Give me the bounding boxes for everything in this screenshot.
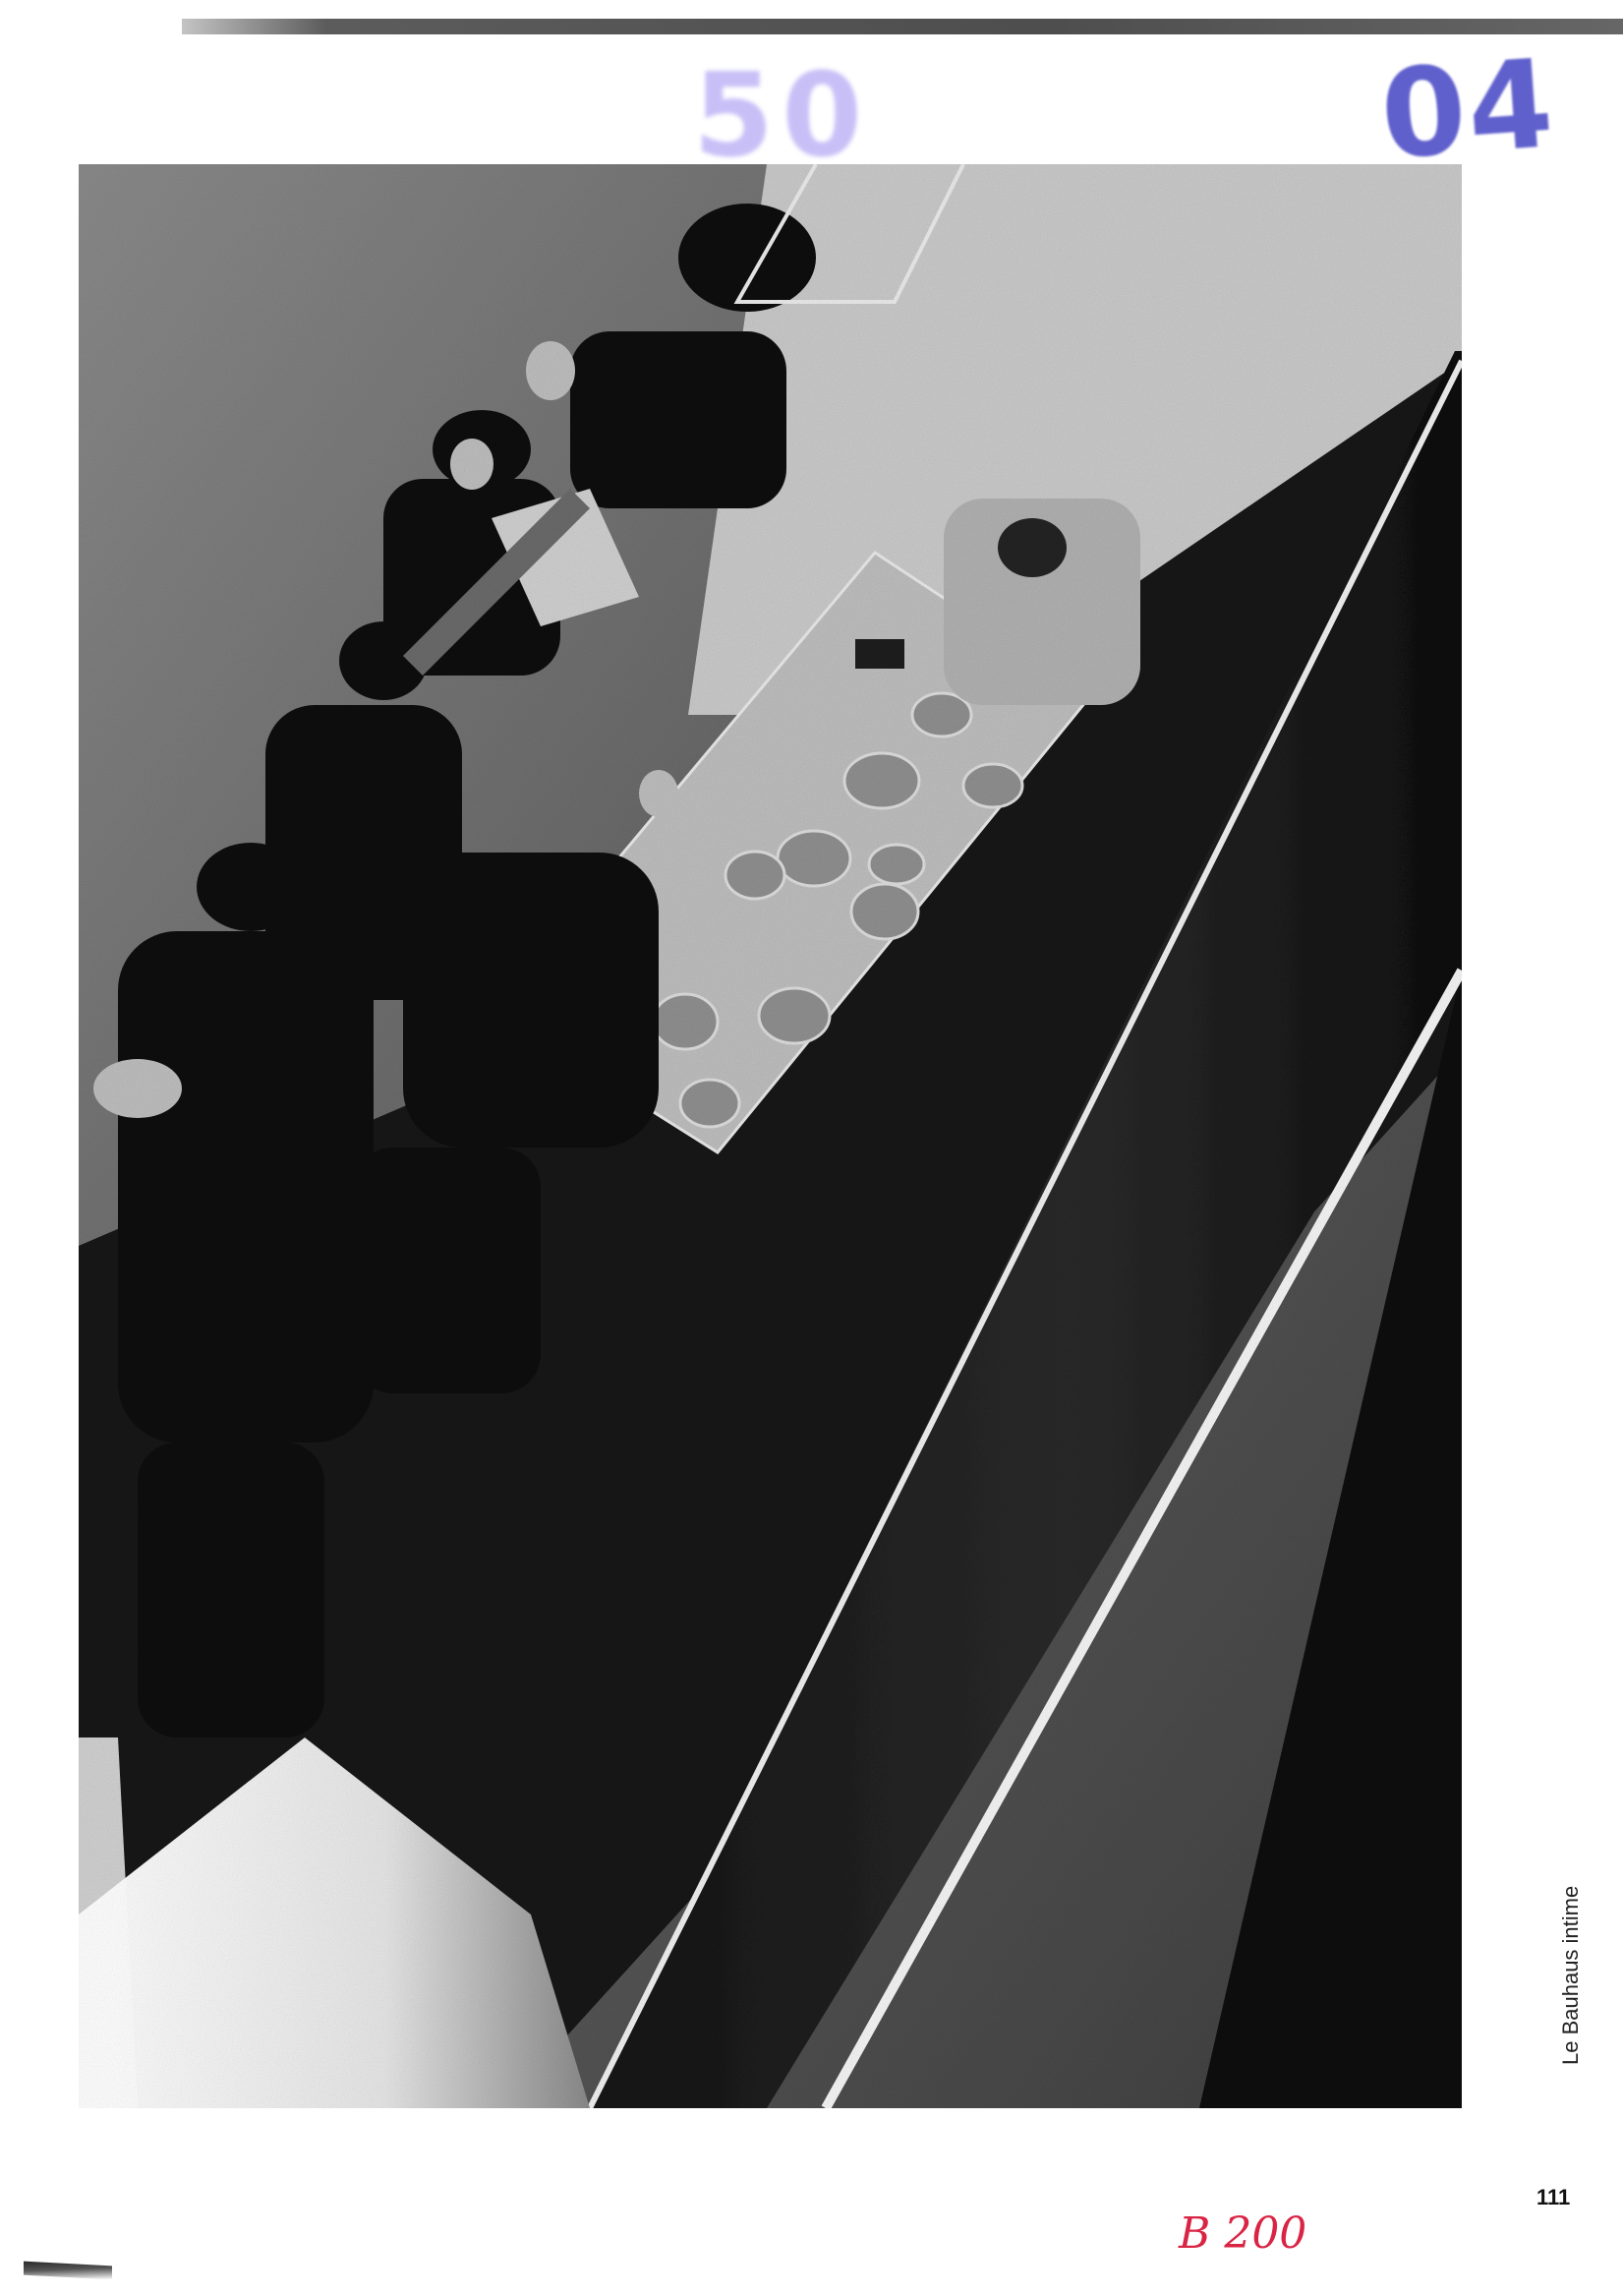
scan-edge-top [182,19,1623,34]
running-head: Le Bauhaus intime [1558,1886,1584,2065]
handwritten-note-bottom: B 200 [1179,2208,1306,2259]
handwritten-note-left: 50 [693,47,870,183]
photograph-illustration [79,164,1462,2108]
page-number: 111 [1536,2185,1570,2210]
scan-edge-bottom [24,2262,112,2280]
photograph [79,164,1462,2108]
